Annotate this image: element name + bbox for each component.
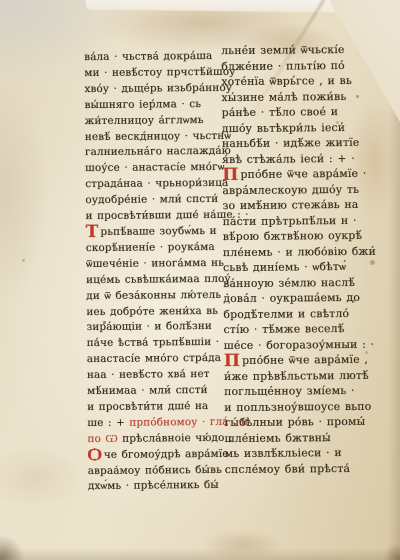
text-segment: сьвѣ дині́емь · ѡбѣтѡ́ (223, 260, 346, 274)
text-segment: блже́ние · пльті́ю по́ (221, 58, 345, 72)
text-segment: бродѣ́телми и свѣтло́ (223, 306, 349, 320)
text-segment: вы́шняго іер́лма · сь (84, 98, 201, 111)
drop-cap-initial: П (224, 357, 240, 365)
text-line: пле́немь · и любо́вію бжи́ (223, 243, 376, 260)
parchment-page: ва́ла · чьства́ докра́шами · невѣ́стоу п… (0, 0, 400, 560)
text-line: я́вѣ стѣжа́ль іеси́ : + · (222, 150, 375, 167)
text-segment: ице́мь сьвѣшка́имаа плоу́ (86, 272, 231, 285)
text-segment: ѿшече́ніе · инога́мма нь (86, 257, 224, 270)
text-segment: галниельна́го наслажда́ю (85, 145, 231, 158)
text-line: дшо́у вьтѣкри́ль іеси́ (222, 119, 375, 136)
text-segment: сті́ю · тѣ́мже веселѣ́ (223, 322, 344, 336)
text-segment: невѣ́ вескд́ницоу · чьстнѡ (85, 129, 231, 142)
text-line: зо имѣ́нию стежа́вь на (222, 197, 375, 214)
text-segment: па́сти прѣтрьпѣ́льи н · (222, 213, 356, 227)
text-segment: дшо́у вьтѣкри́ль іеси́ (222, 120, 345, 134)
text-line: бродѣ́телми и свѣтло́ (223, 305, 376, 322)
text-segment: оудобре́ніе · мли́ спсти́ (85, 193, 218, 206)
drop-cap-initial: Т (86, 228, 99, 236)
page-edge-highlight (86, 0, 338, 13)
text-line: хы́зине ма́лѣ пожи́вь (221, 88, 374, 105)
text-line: и попльзноу́вшоусе вьпо (224, 398, 377, 415)
text-segment: дхѡ́мь · прѣсе́лникь бы́ (88, 479, 219, 492)
text-segment: дова́л · оукраша́емь до (223, 291, 360, 305)
text-segment: зо имѣ́нию стежа́вь на (222, 198, 358, 212)
text-segment: ше : + (87, 416, 129, 428)
text-line: ва́нноую зе́млю наслѣ́ (223, 274, 376, 291)
text-segment: гы́бѣлныи ро́вь · промы́ (224, 415, 365, 429)
text-line: вѣ́рою бжтвѣ́ною оукрѣ́ (223, 228, 376, 245)
text-column-right: льне́и земли́ ѿчьскі́еблже́ние · пльті́ю… (221, 42, 378, 477)
text-line: и́же прѣвѣ́льстьми лютѣ́ (224, 367, 377, 384)
text-line: спсле́моу бви́ прѣста́ (225, 460, 378, 477)
text-line: Прпо́бне ѿче авра́мїе , (224, 352, 377, 369)
text-segment: и попльзноу́вшоусе вьпо (224, 399, 371, 413)
text-segment: по (87, 433, 105, 445)
text-line: гы́бѣлныи ро́вь · промы́ (224, 414, 377, 431)
text-segment: я́вѣ стѣжа́ль іеси́ : + · (222, 151, 355, 165)
text-line: блже́ние · пльті́ю по́ (221, 57, 374, 74)
text-segment: наа · невѣ́сто хва́ нет (87, 368, 210, 381)
text-line: сьвѣ дині́емь · ѡбѣтѡ́ (223, 259, 376, 276)
text-segment: зира́ющіи · и болѣ́зни (86, 320, 212, 333)
text-segment: и́же прѣвѣ́льстьми лютѣ́ (224, 368, 369, 382)
text-line: дхѡ́мь · прѣсе́лникь бы́ (88, 478, 257, 495)
text-segment: наньбѣ́и · идѣ́же житїе (222, 136, 360, 150)
text-segment: па́че ѣства́ трьпѣ́вшіи · (87, 336, 220, 349)
text-segment: мь извлѣ́кльіеси · и (225, 446, 342, 460)
text-segment: жи́телницоу а́гглѡмь (85, 114, 204, 127)
text-segment: че бгомоу́дрѣ авра́мїе · (104, 447, 237, 460)
text-line: Прпо́бне ѿче авра́мїе · (222, 166, 375, 183)
text-segment: рпо́бне ѿче авра́мїе , (242, 353, 368, 367)
text-segment: ра́нѣе · тѣ́ло свое́ и (222, 105, 339, 119)
text-segment: авраа́моу по́бнись бы́вь (88, 463, 222, 476)
text-line: мь извлѣ́кльіеси · и (225, 445, 378, 462)
text-line: хоте́нїа ѿврь́гсе , и вь (221, 73, 374, 90)
text-segment: льне́и земли́ ѿчьскі́е (221, 43, 345, 57)
text-line: погльще́нноу змі́емь · (224, 383, 377, 400)
text-segment: страда́наа · чрьнори́зица (85, 177, 228, 190)
text-segment: шле́ніемь бжтвны́ (224, 431, 330, 445)
text-segment: шоу́се · анастасі́е мно́гѡ (85, 161, 224, 174)
text-segment: пле́немь · и любо́вію бжи́ (223, 244, 376, 258)
text-line: льне́и земли́ ѿчьскі́е (221, 42, 374, 59)
text-line: наньбѣ́и · идѣ́же житїе (222, 135, 375, 152)
text-line: шле́ніемь бжтвны́ (224, 429, 377, 446)
text-segment: хво́у · дьще́рь изьбра́нноу (84, 82, 232, 95)
text-segment: хы́зине ма́лѣ пожи́вь (221, 89, 346, 103)
text-line: па́сти прѣтрьпѣ́льи н · (222, 212, 375, 229)
text-segment: спсле́моу бви́ прѣста́ (225, 461, 350, 475)
text-segment: рпо́бне ѿче авра́мїе · (240, 167, 366, 181)
text-line: сті́ю · тѣ́мже веселѣ́ (223, 321, 376, 338)
text-line: авра́млескоую дшо́у ть (222, 181, 375, 198)
text-segment: ми · невѣ́стоу прчстѣ́йшоу (84, 66, 235, 79)
text-segment: прѣсла́вноіе чю́до : (122, 431, 232, 444)
text-segment: мѣ́нимаа · мли́ спсти́ (87, 384, 208, 397)
text-segment: ди ѿ беза́конны лю́тель · (86, 288, 229, 301)
drop-cap-initial: Ѻ (87, 451, 101, 459)
text-segment: ше́се · богоразоу́мныи : · (224, 337, 375, 351)
text-line: ра́нѣе · тѣ́ло свое́ и (222, 104, 375, 121)
text-segment: иеь добро́те жени́ха вь (86, 304, 218, 317)
manuscript-photo: ва́ла · чьства́ докра́шами · невѣ́стоу п… (0, 0, 400, 560)
text-segment: ва́ла · чьства́ докра́ша (84, 50, 212, 63)
text-segment: хоте́нїа ѿврь́гсе , и вь (221, 74, 352, 88)
drop-cap-initial: П (222, 171, 238, 179)
text-segment: ва́нноую зе́млю наслѣ́ (223, 275, 355, 289)
ink-specks (0, 0, 3, 3)
text-segment: вѣ́рою бжтвѣ́ною оукрѣ́ (223, 229, 362, 243)
text-segment: анастасі́е мно́го стра́да (87, 352, 221, 365)
text-segment: Ѡ (105, 432, 122, 444)
text-segment: скорѣ́ниені́е · роука́ма (86, 241, 215, 254)
text-line: ше́се · богоразоу́мныи : · (224, 336, 377, 353)
text-line: дова́л · оукраша́емь до (223, 290, 376, 307)
text-segment: рьпѣ́ваше зоубѡ́мь и (100, 225, 216, 238)
text-segment: и просвѣти́ти дше́ на (87, 400, 208, 413)
text-segment: погльще́нноу змі́емь · (224, 384, 355, 398)
text-segment: авра́млескоую дшо́у ть (222, 182, 359, 196)
